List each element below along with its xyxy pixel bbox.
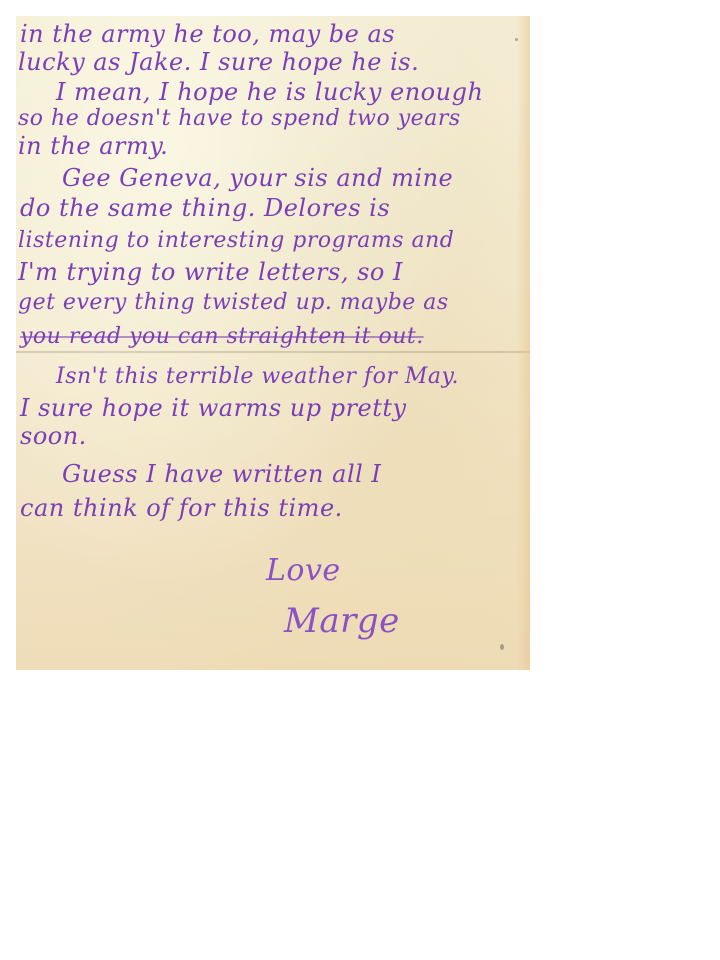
letter-line: I mean, I hope he is lucky enough bbox=[56, 80, 483, 104]
letter-line: Gee Geneva, your sis and mine bbox=[62, 166, 453, 190]
letter-signature: Marge bbox=[284, 604, 400, 638]
letter-page: in the army he too, may be as lucky as J… bbox=[16, 16, 530, 670]
letter-line: you read you can straighten it out. bbox=[20, 326, 424, 348]
letter-line: soon. bbox=[20, 424, 87, 448]
letter-line: Guess I have written all I bbox=[62, 462, 381, 486]
letter-line: I'm trying to write letters, so I bbox=[18, 260, 403, 284]
letter-line: so he doesn't have to spend two years bbox=[18, 108, 461, 130]
letter-line: can think of for this time. bbox=[20, 496, 343, 520]
letter-line: do the same thing. Delores is bbox=[20, 196, 390, 220]
letter-line: lucky as Jake. I sure hope he is. bbox=[18, 50, 419, 74]
letter-line: in the army. bbox=[18, 134, 168, 158]
letter-line: Isn't this terrible weather for May. bbox=[56, 366, 459, 388]
ink-speck bbox=[515, 38, 518, 41]
ink-speck bbox=[500, 644, 504, 650]
paper-fold-crease bbox=[16, 351, 530, 353]
letter-line: in the army he too, may be as bbox=[20, 22, 395, 46]
letter-line: I sure hope it warms up pretty bbox=[20, 396, 407, 420]
letter-closing: Love bbox=[266, 556, 341, 586]
letter-line: get every thing twisted up. maybe as bbox=[18, 292, 449, 314]
letter-line: listening to interesting programs and bbox=[18, 230, 454, 252]
page: in the army he too, may be as lucky as J… bbox=[0, 0, 720, 960]
